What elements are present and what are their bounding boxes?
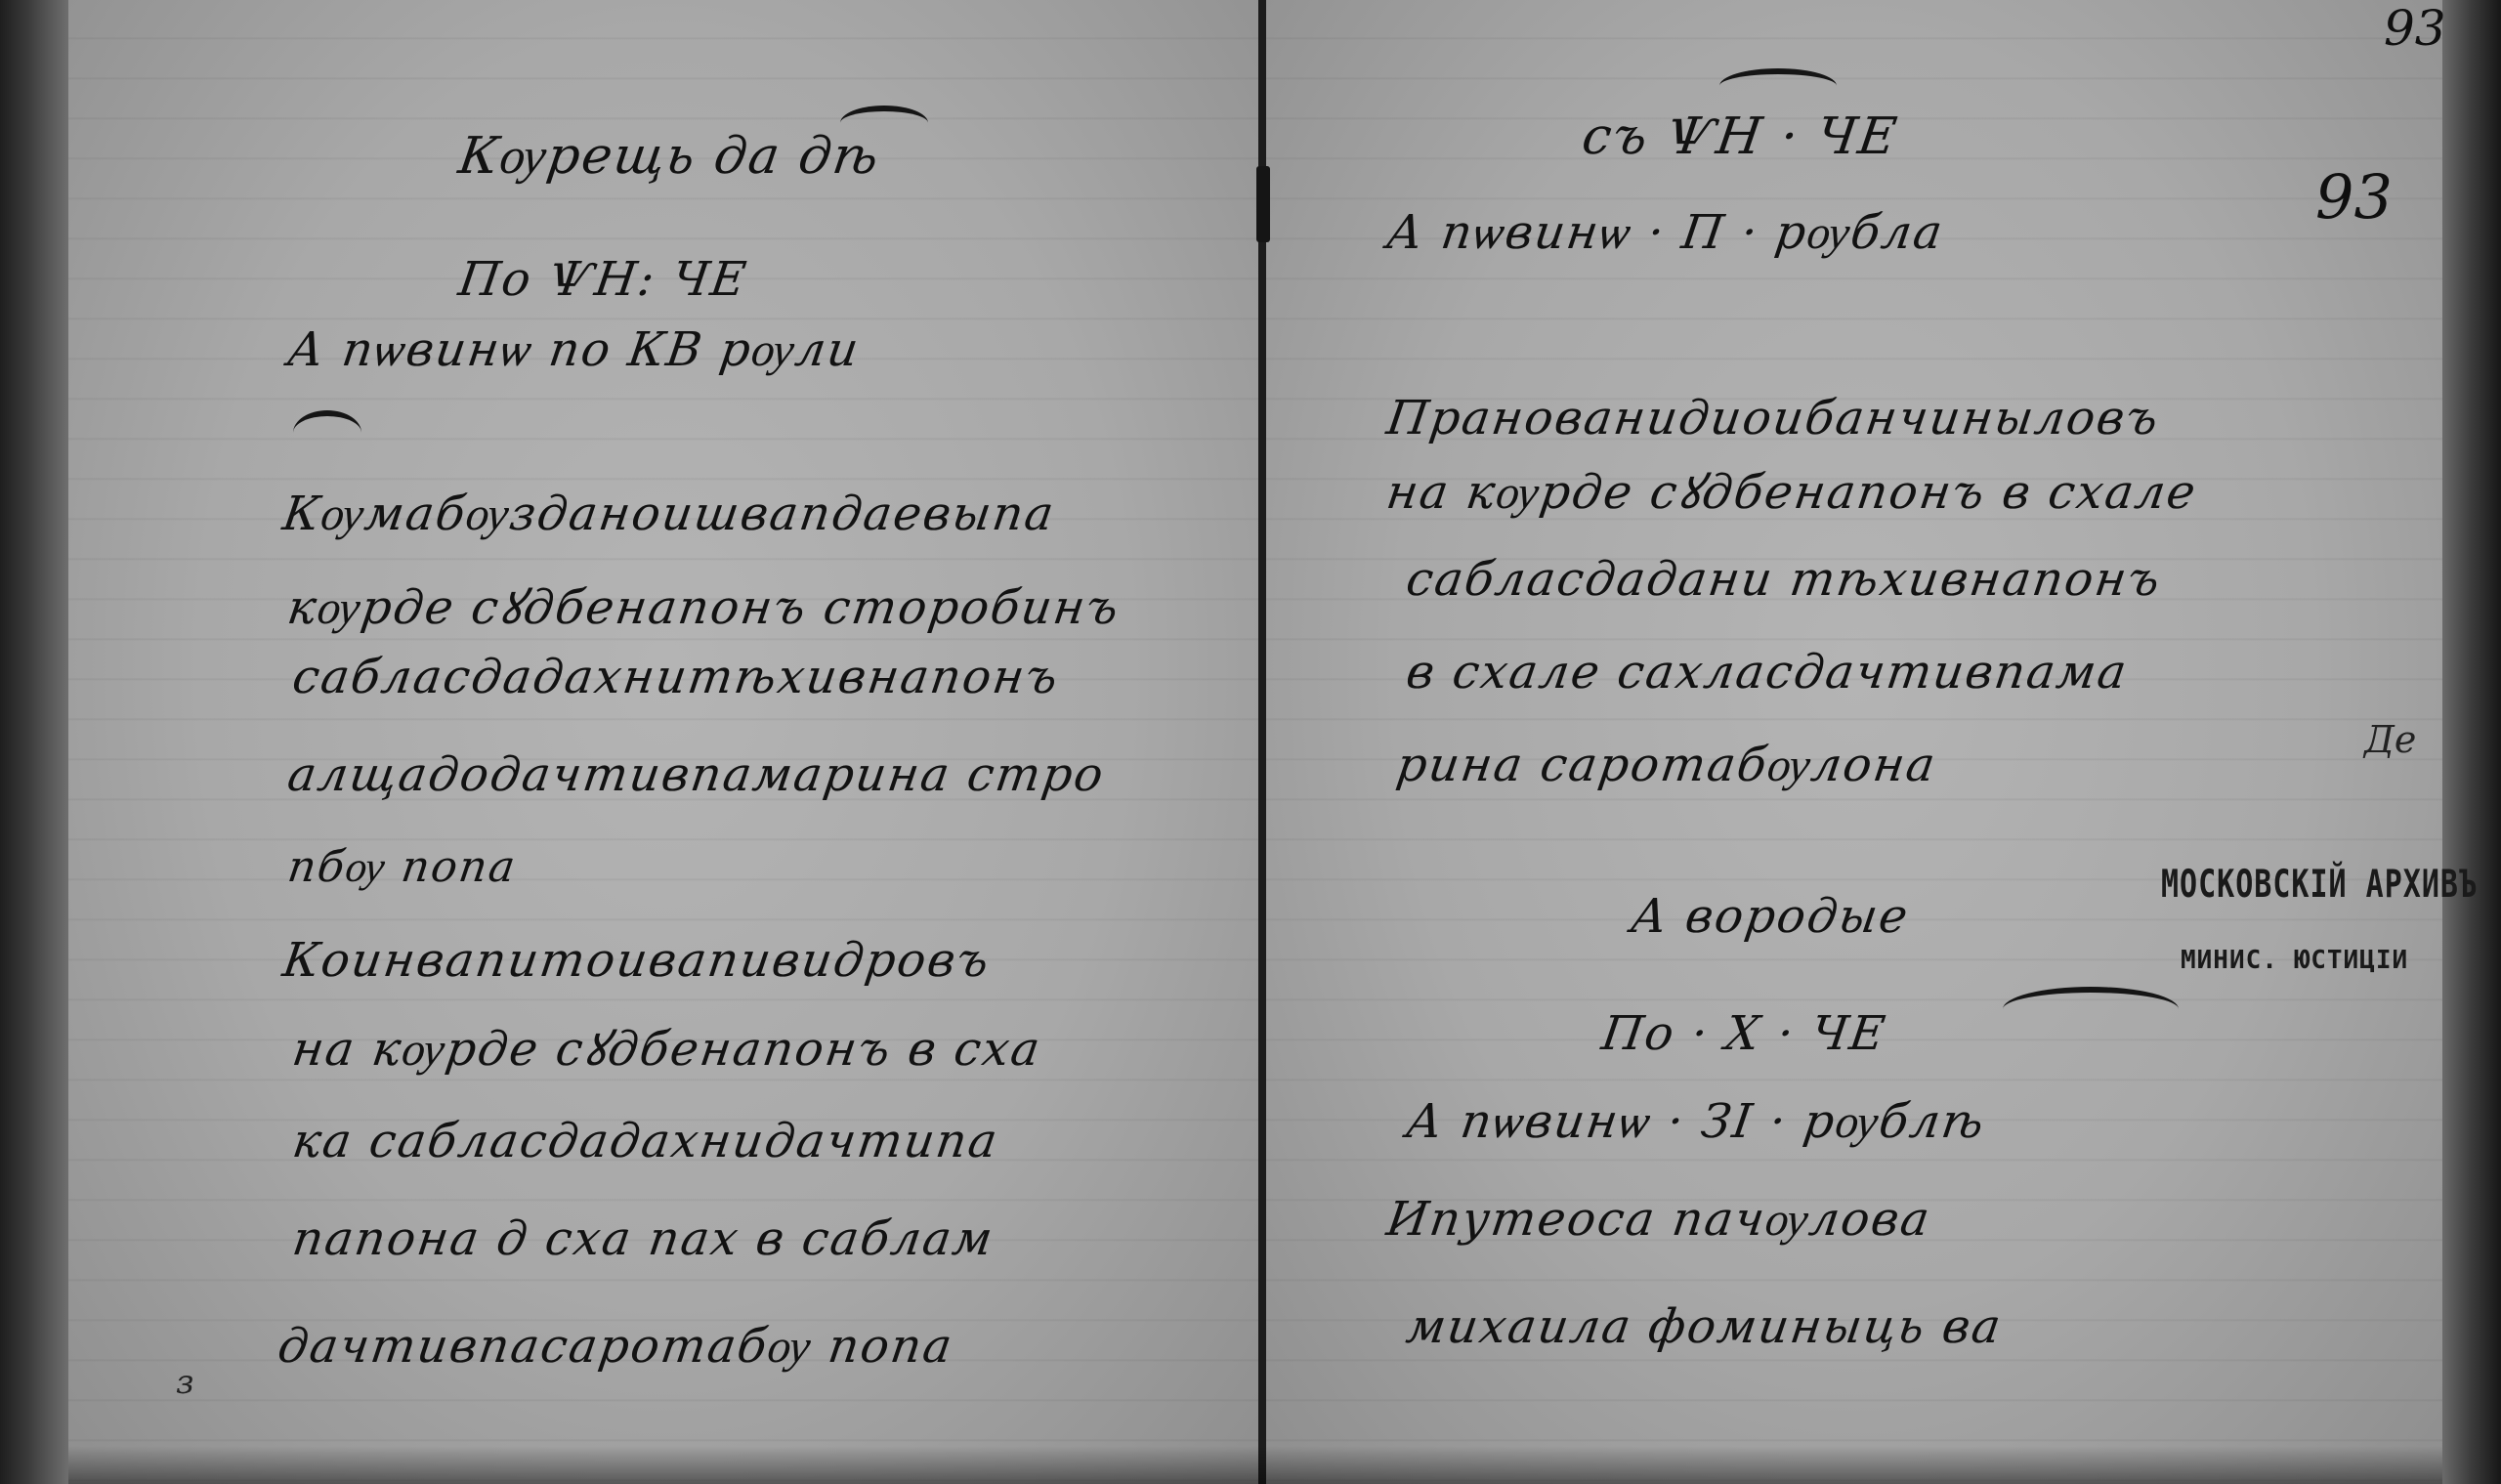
- ink-blot: [1256, 166, 1270, 242]
- manuscript-spread: Кѹрещь да дѣ По ѰН: ЧЕ А пѡвинѡ по КВ рѹ…: [0, 0, 2501, 1484]
- initial-flourish: [293, 410, 361, 455]
- archive-stamp-line1: МОСКОВСКІЙ АРХИВЪ: [2161, 863, 2478, 908]
- left-page-heading: Кѹрещь да дѣ: [455, 127, 884, 186]
- right-line-9: По · Х · ЧЕ: [1598, 1006, 1889, 1061]
- archive-stamp-line2: МИНИС. ЮСТИЦІИ: [2181, 946, 2408, 975]
- left-line-11: папона д сха пах в саблам: [289, 1211, 997, 1266]
- left-line-8: Коинвапитоивапивидровъ: [279, 933, 994, 988]
- right-line-2: А пѡвинѡ · П · рѹбла: [1383, 205, 1947, 260]
- left-margin-mark: з: [176, 1363, 194, 1402]
- left-line-2: А пѡвинѡ по КВ рѹли: [284, 322, 864, 377]
- left-line-7: пбѹ попа: [284, 842, 520, 892]
- right-line-12: михаила фоминыць ва: [1403, 1299, 2006, 1354]
- right-line-8: А вородые: [1628, 889, 1913, 944]
- left-line-9: на кѹрде сꙋдбенапонъ в сха: [288, 1016, 1045, 1080]
- left-line-1: По ѰН: ЧЕ: [455, 252, 751, 307]
- left-line-12: дачтивпасаротабѹ попа: [275, 1319, 956, 1374]
- left-line-10: ка сабласдадахнидачтипа: [289, 1114, 1002, 1168]
- folio-number-margin: 93: [2315, 161, 2393, 233]
- right-line-11: Ипутеоса пачѹлова: [1383, 1192, 1934, 1247]
- left-binding-edge: [0, 0, 68, 1484]
- right-heading-flourish: [1719, 68, 1837, 104]
- right-line-10: А пѡвинѡ · ЗІ · рѹблѣ: [1403, 1094, 1989, 1149]
- right-margin-mark: Де: [2364, 718, 2416, 761]
- folio-number-top: 93: [2384, 0, 2446, 57]
- left-line-4: кѹрде сꙋдбенапонъ сторобинъ: [283, 574, 1123, 638]
- bottom-shadow: [68, 1446, 2442, 1484]
- right-binding-edge: [2442, 0, 2501, 1484]
- left-line-6: алщадодачтивпамарина стро: [284, 747, 1108, 802]
- right-line-3: Пранованидиоибанчиныловъ: [1383, 391, 2163, 445]
- right-line-1: съ ѰН · ЧЕ: [1579, 107, 1902, 166]
- right-line-5: сабласдадани тѣхивнапонъ: [1403, 552, 2165, 607]
- right-line-4: на кѹрде сꙋдбенапонъ в схале: [1382, 459, 2201, 523]
- left-line-5: сабласдадахнитѣхивнапонъ: [289, 650, 1063, 704]
- left-line-3: Кѹмабѹзданоишвапдаевыпа: [279, 487, 1059, 541]
- right-line-7: рина саротабѹлона: [1393, 738, 1940, 792]
- right-flourish: [2003, 987, 2179, 1032]
- right-line-6: в схале сахласдачтивпама: [1403, 645, 2132, 700]
